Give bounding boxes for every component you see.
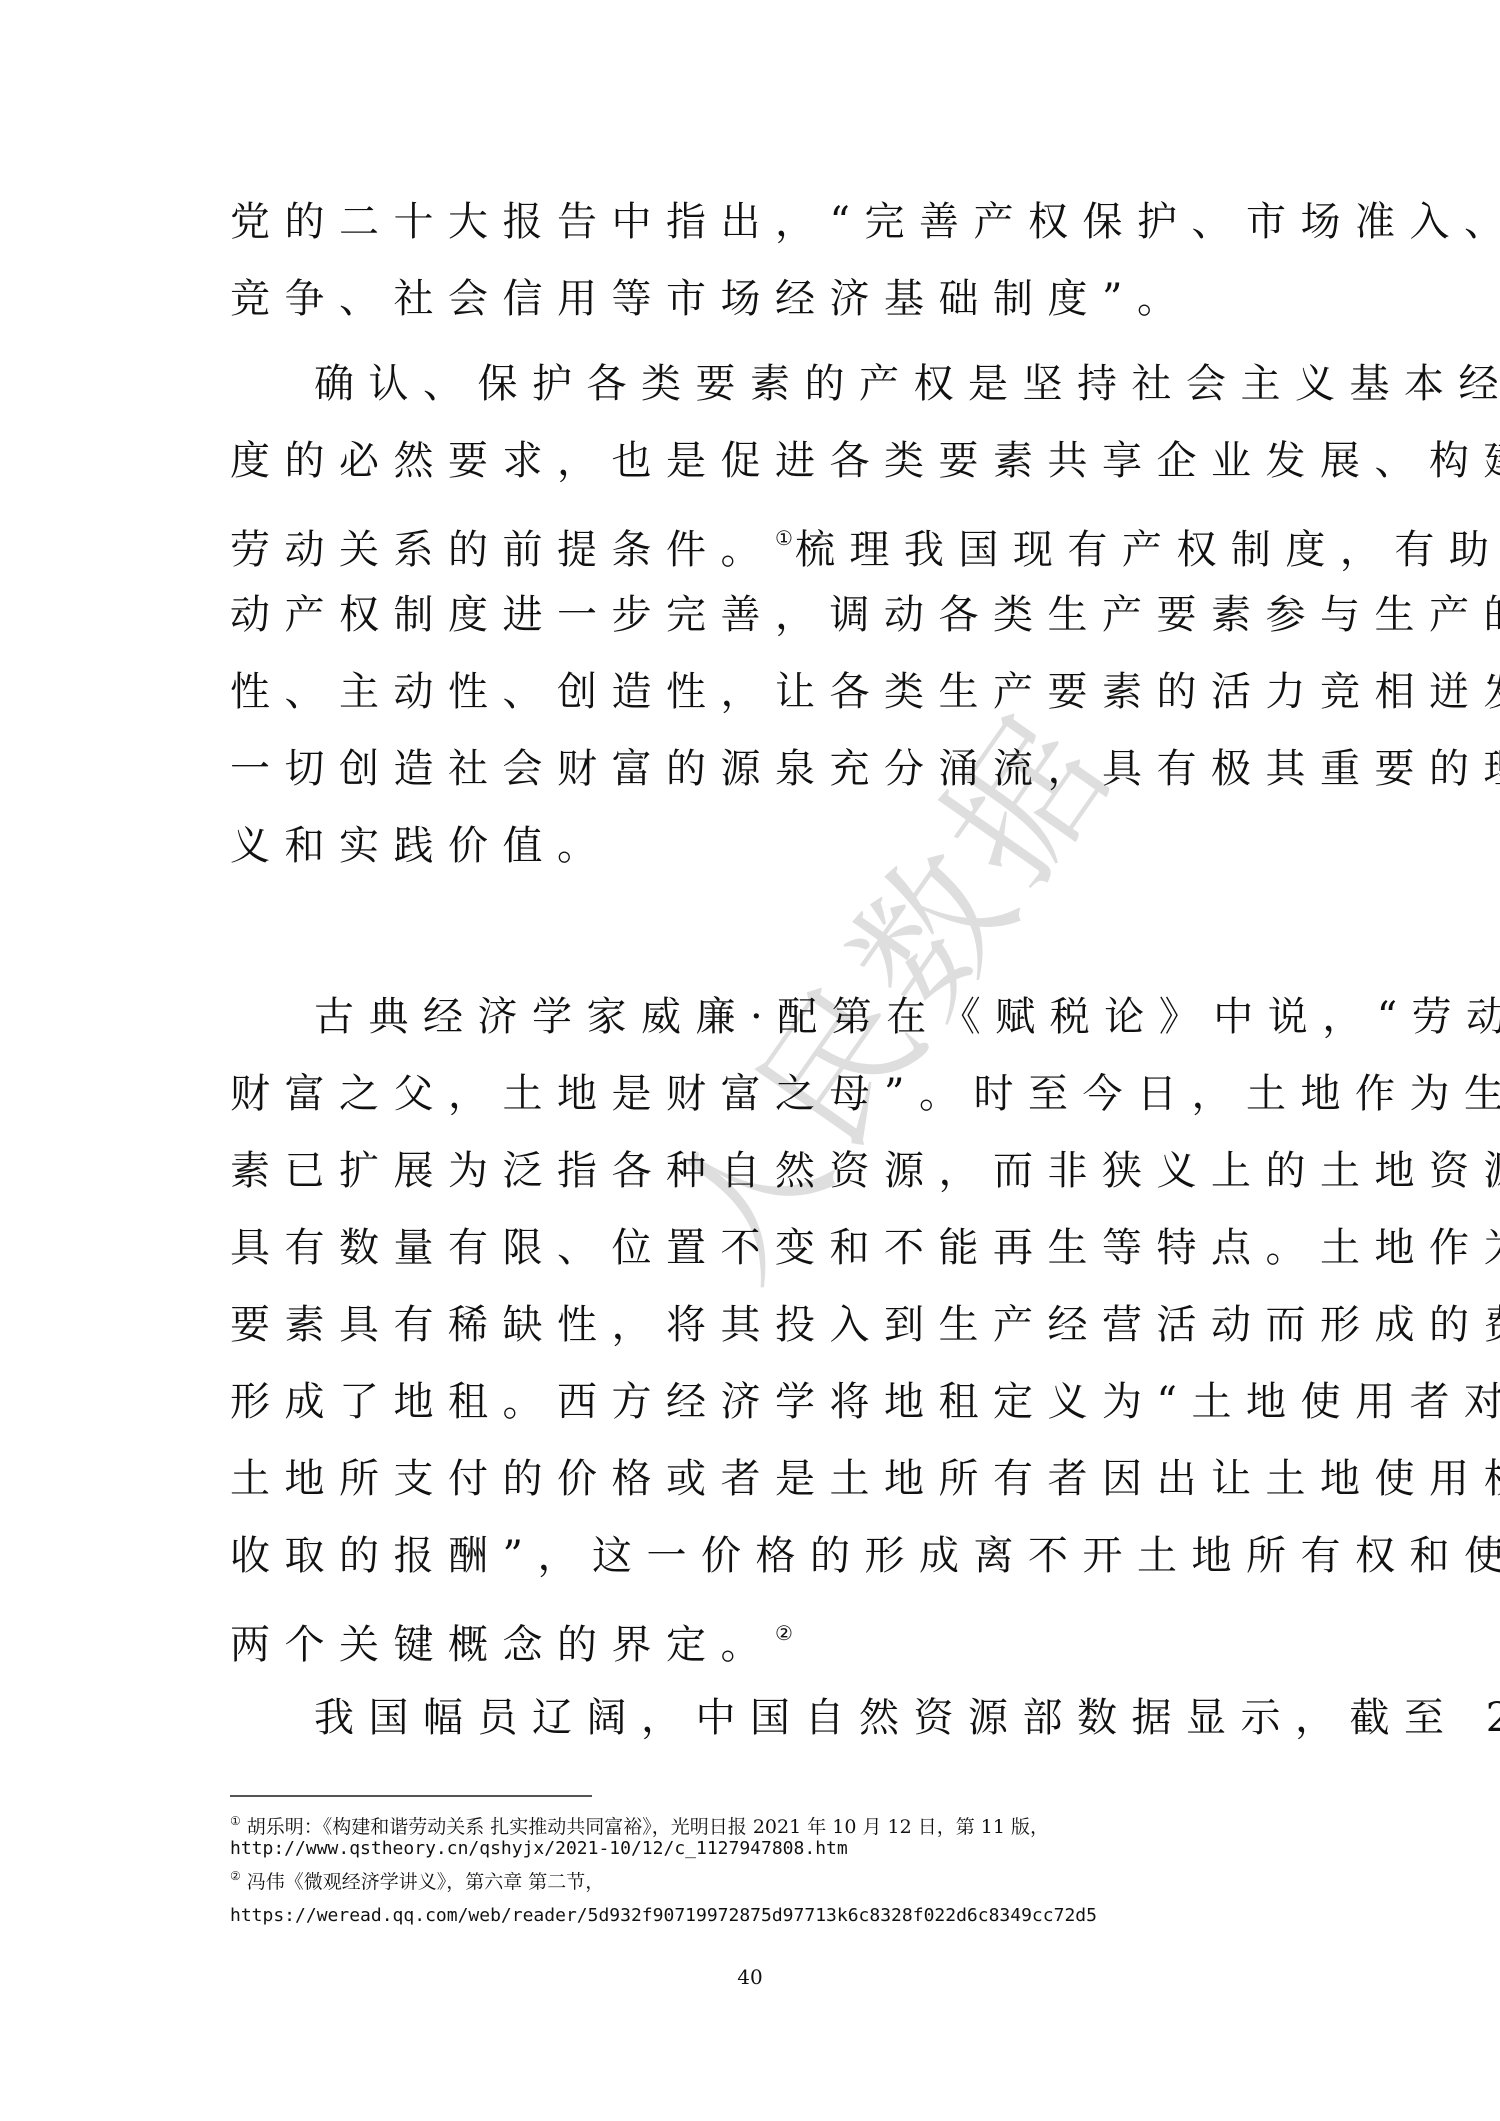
footnote-marker: ① [230,1814,241,1828]
text-span: 梳理我国现有产权制度，有助于推 [795,527,1500,573]
body-line: 劳动关系的前提条件。①梳理我国现有产权制度，有助于推 [230,514,1290,574]
body-line: 度的必然要求，也是促进各类要素共享企业发展、构建和谐 [230,437,1290,485]
body-line: 具有数量有限、位置不变和不能再生等特点。土地作为生产 [230,1224,1290,1272]
body-line: 我国幅员辽阔，中国自然资源部数据显示，截至 2022 [314,1694,1374,1742]
body-line: 素已扩展为泛指各种自然资源，而非狭义上的土地资源，它 [230,1147,1290,1195]
footnote-1-link[interactable]: http://www.qstheory.cn/qshyjx/2021-10/12… [230,1836,848,1862]
footnote-2: ②冯伟《微观经济学讲义》，第六章 第二节， [230,1863,604,1895]
footnote-text: 冯伟《微观经济学讲义》，第六章 第二节， [247,1871,605,1893]
footnote-ref-1[interactable]: ① [775,526,793,550]
body-line: 形成了地租。西方经济学将地租定义为“土地使用者对使用 [230,1378,1290,1426]
footnote-text: 胡乐明：《构建和谐劳动关系 扎实推动共同富裕》，光明日报 2021 年 10 月… [247,1816,1049,1838]
document-page: 人民数据 党的二十大报告中指出，“完善产权保护、市场准入、公平 竞争、社会信用等… [0,0,1500,2121]
body-line: 要素具有稀缺性，将其投入到生产经营活动而形成的费用就 [230,1301,1290,1349]
footnote-ref-2[interactable]: ② [775,1621,793,1645]
footnote-marker: ② [230,1869,241,1883]
footnote-2-link[interactable]: https://weread.qq.com/web/reader/5d932f9… [230,1903,1097,1929]
body-line: 土地所支付的价格或者是土地所有者因出让土地使用权而 [230,1455,1290,1503]
body-line: 竞争、社会信用等市场经济基础制度”。 [230,275,1290,323]
body-line: 收取的报酬”，这一价格的形成离不开土地所有权和使用权 [230,1532,1290,1580]
body-line: 义和实践价值。 [230,822,1290,870]
body-line: 古典经济学家威廉·配第在《赋税论》中说，“劳动是 [314,993,1374,1041]
body-line: 两个关键概念的界定。② [230,1609,1290,1669]
footnote-divider [230,1795,592,1797]
text-span: 劳动关系的前提条件。 [230,527,775,573]
body-line: 财富之父，土地是财富之母”。时至今日，土地作为生产要 [230,1070,1290,1118]
page-number: 40 [0,1965,1500,1989]
body-line: 一切创造社会财富的源泉充分涌流，具有极其重要的理论意 [230,745,1290,793]
body-line: 动产权制度进一步完善，调动各类生产要素参与生产的积极 [230,591,1290,639]
body-line: 确认、保护各类要素的产权是坚持社会主义基本经济制 [314,360,1374,408]
body-line: 党的二十大报告中指出，“完善产权保护、市场准入、公平 [230,198,1290,246]
text-span: 两个关键概念的界定。 [230,1622,775,1668]
body-line: 性、主动性、创造性，让各类生产要素的活力竞相迸发，让 [230,668,1290,716]
